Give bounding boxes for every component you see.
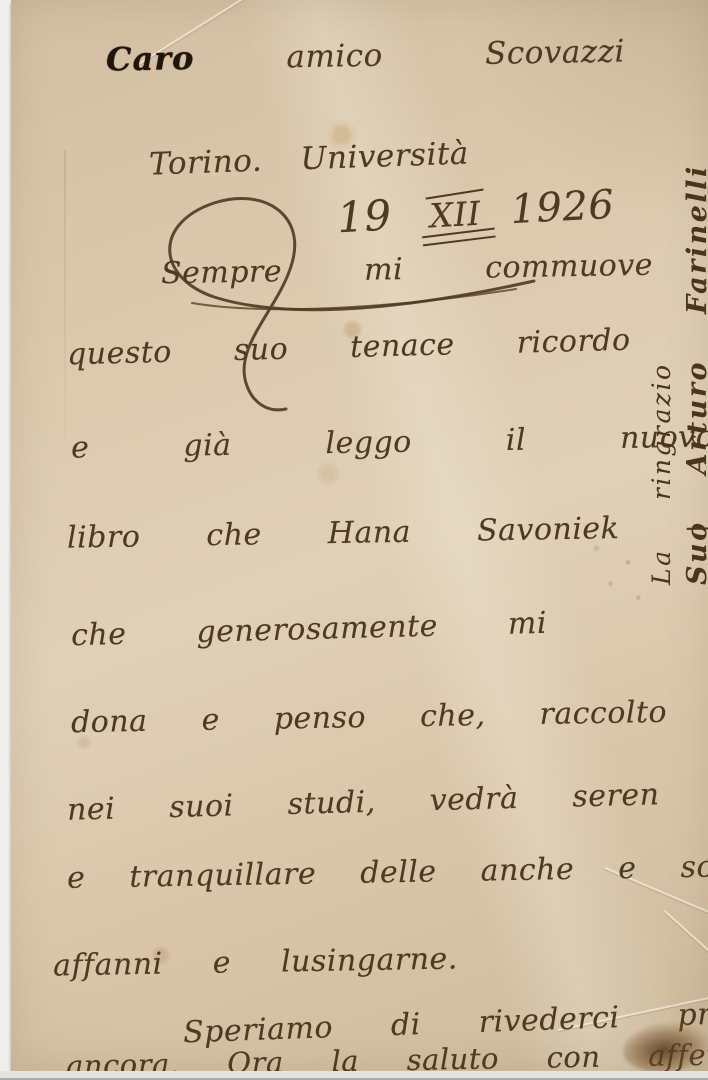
letter-line-3: e già leggo il nuovo xyxy=(71,419,708,465)
date-day: 19 xyxy=(336,190,393,242)
date-month-roman: XII xyxy=(429,194,482,236)
letter-line-5: che generosamente mi xyxy=(71,606,548,653)
salutation-line: Caroamico Scovazzi xyxy=(106,31,626,78)
salutation-recipient: amico Scovazzi xyxy=(286,33,625,75)
margin-note-thanks: La ringrazio xyxy=(644,85,680,585)
paper-crease xyxy=(664,910,708,972)
letter-page: Caroamico Scovazzi Torino. Università 19… xyxy=(11,0,708,1071)
letter-line-7: nei suoi studi, vedrà seren xyxy=(67,777,660,827)
scan-bottom-edge xyxy=(0,1071,708,1080)
margin-note-signature: Suo Arturo Farinelli xyxy=(680,85,708,585)
paper-crease xyxy=(64,150,66,440)
heading-date: 19XII1926 xyxy=(336,179,616,242)
letter-line-8: e tranquillare delle anche e sofi xyxy=(67,849,708,896)
letter-line-6: dona e penso che, raccolto xyxy=(71,695,668,740)
margin-note: La ringrazio Suo Arturo Farinelli xyxy=(644,85,708,585)
salutation-opening-word: Caro xyxy=(106,39,195,79)
letter-line-9: affanni e lusingarne. xyxy=(53,941,458,983)
letter-line-1: Sempre mi commuove xyxy=(161,248,654,292)
letter-line-2: questo suo tenace ricordo xyxy=(67,323,631,373)
letter-line-4: libro che Hana Savoniek — xyxy=(67,509,708,555)
heading-place: Torino. Università xyxy=(148,135,469,182)
date-year: 1926 xyxy=(509,182,615,233)
